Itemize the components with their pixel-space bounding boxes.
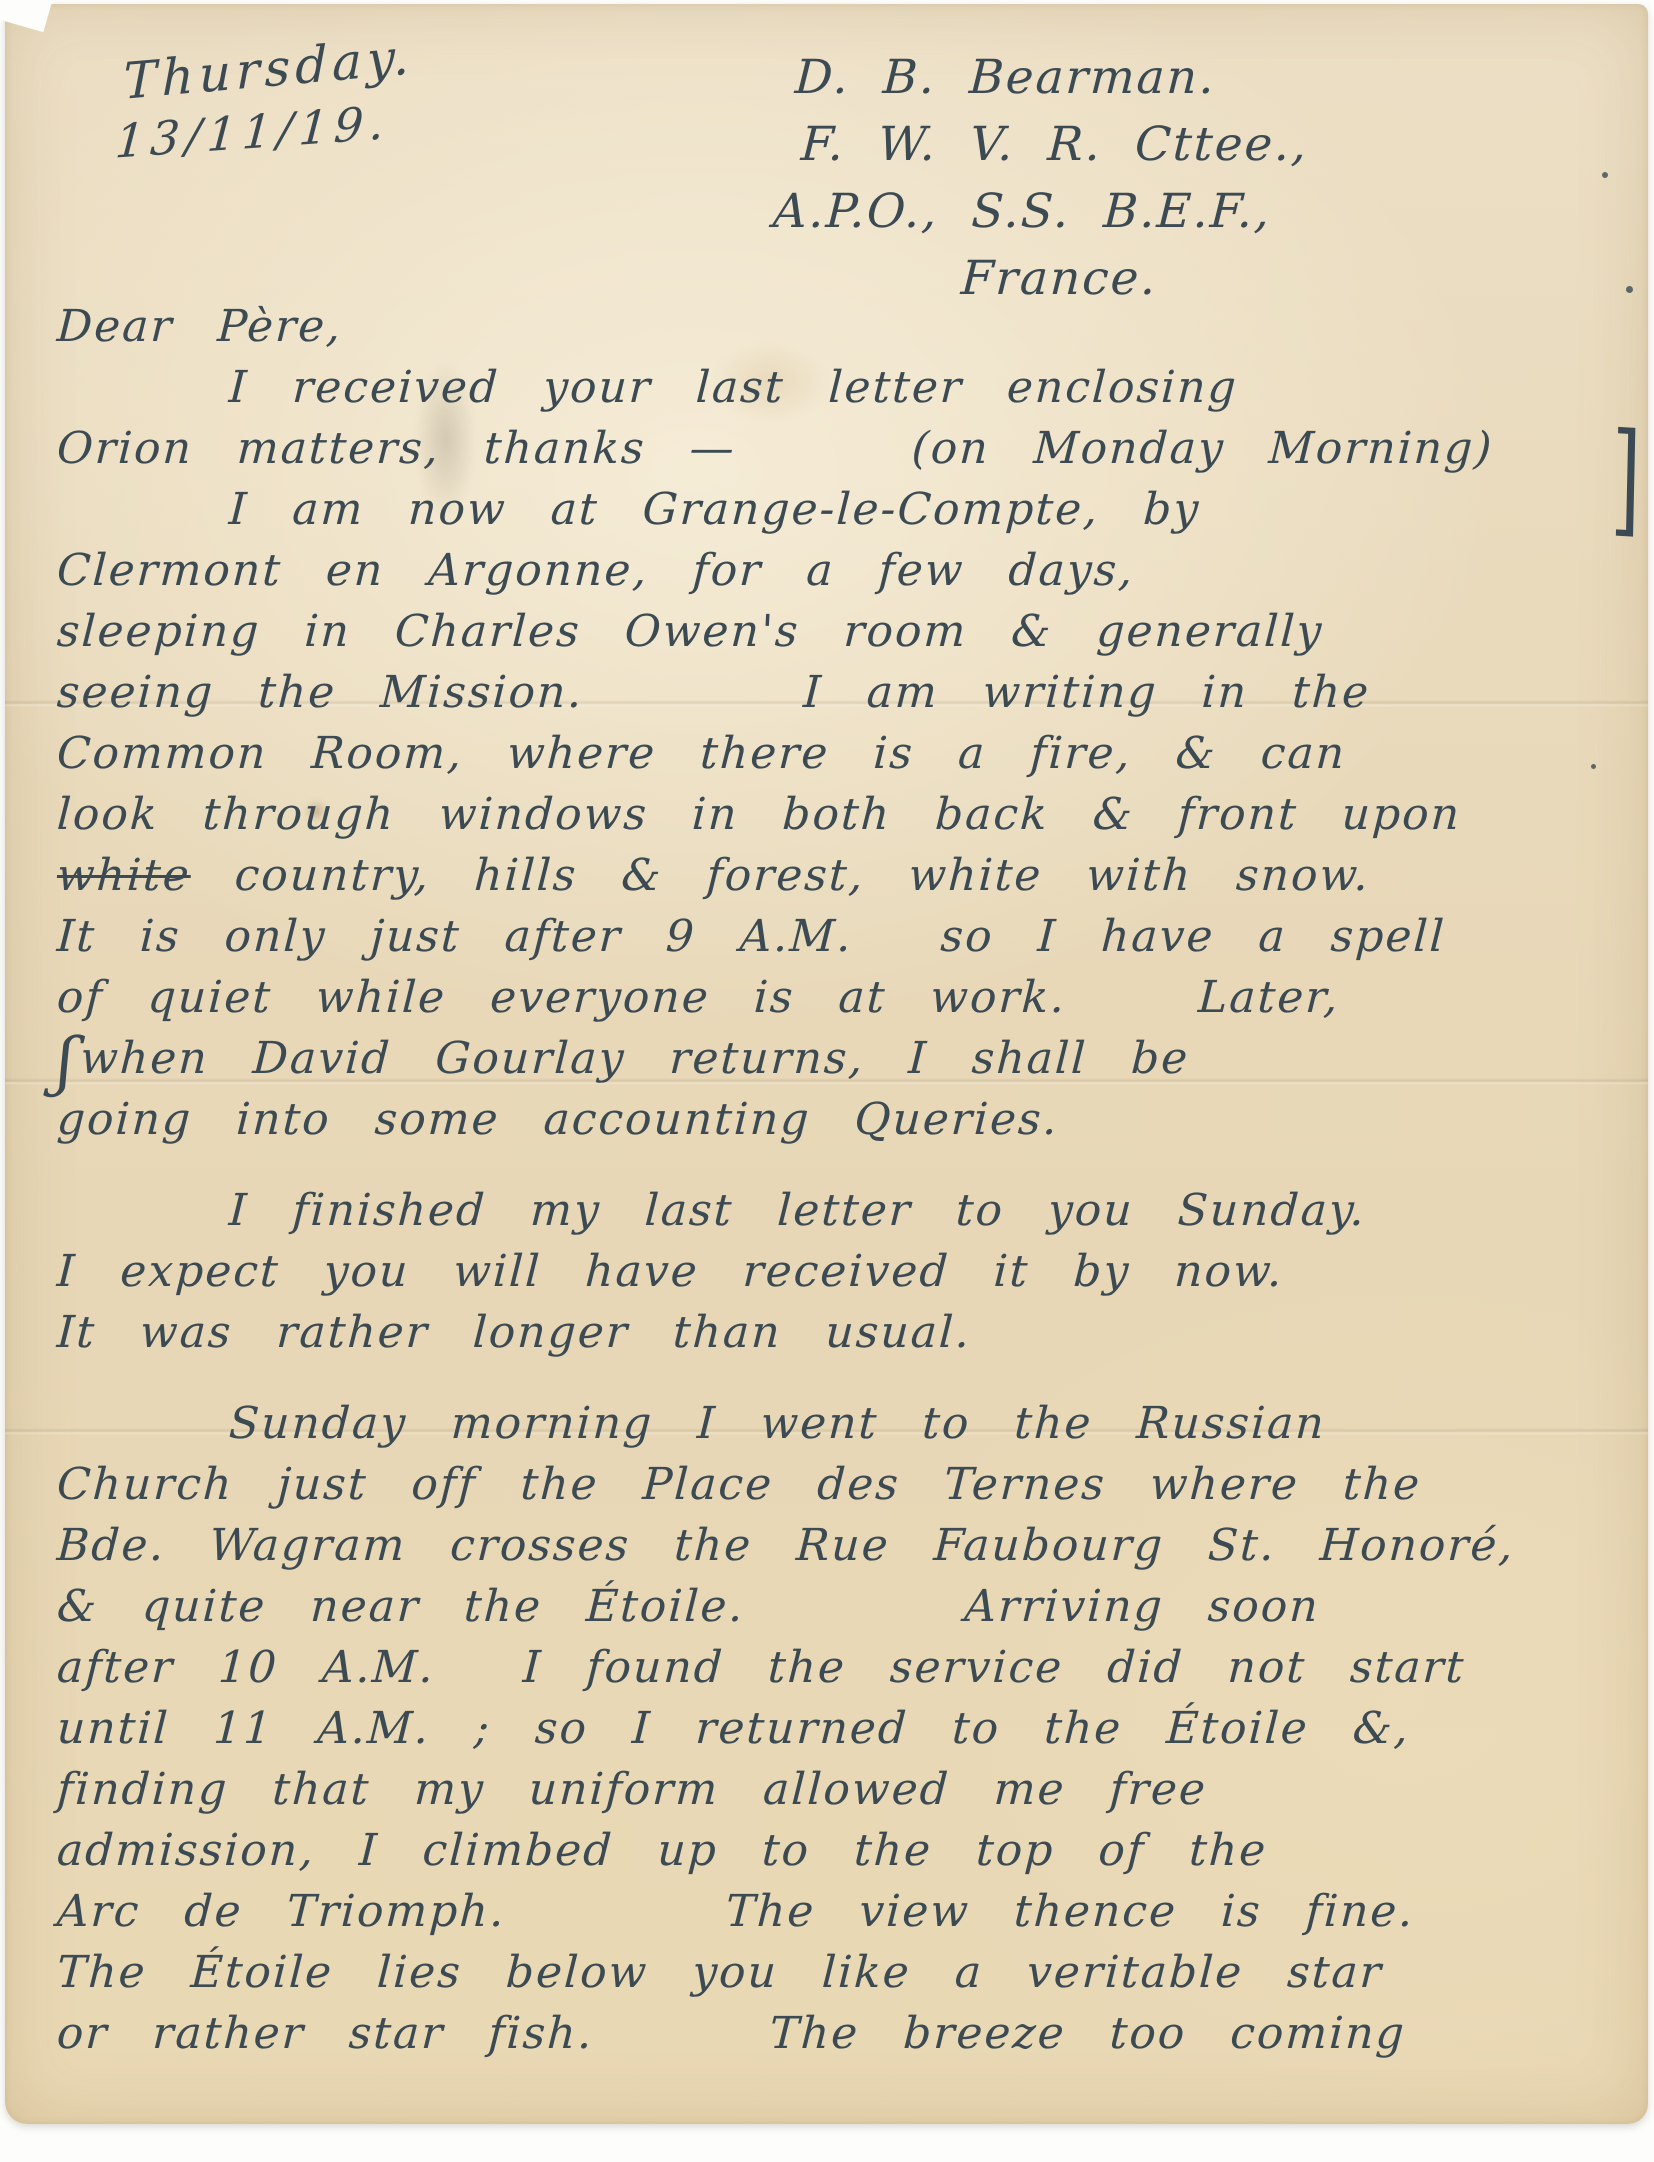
ink-speck bbox=[1626, 286, 1633, 293]
letter-line: I received your last letter enclosing bbox=[55, 357, 1623, 418]
letter-line: Common Room, where there is a fire, & ca… bbox=[55, 723, 1623, 784]
address-line: F. W. V. R. Cttee., bbox=[771, 111, 1310, 178]
letter-line: I finished my last letter to you Sunday. bbox=[55, 1180, 1623, 1241]
sender-address: D. B. Bearman.F. W. V. R. Cttee.,A.P.O.,… bbox=[773, 44, 1308, 312]
letter-line: Clermont en Argonne, for a few days, bbox=[55, 540, 1623, 601]
letter-line: Church just off the Place des Ternes whe… bbox=[55, 1454, 1623, 1515]
letter-line: finding that my uniform allowed me free bbox=[55, 1759, 1623, 1820]
letter-line: Orion matters, thanks — (on Monday Morni… bbox=[55, 418, 1623, 479]
letter-line: after 10 A.M. I found the service did no… bbox=[55, 1637, 1623, 1698]
letter-line: Arc de Triomph. The view thence is fine. bbox=[55, 1881, 1623, 1942]
letter-line: look through windows in both back & fron… bbox=[55, 784, 1623, 845]
letter-line: admission, I climbed up to the top of th… bbox=[55, 1820, 1623, 1881]
letter-line: I expect you will have received it by no… bbox=[55, 1241, 1623, 1302]
torn-corner bbox=[0, 0, 52, 32]
letter-line: It was rather longer than usual. bbox=[55, 1302, 1623, 1363]
letter-line: of quiet while everyone is at work. Late… bbox=[55, 967, 1623, 1028]
date-block: Thursday. 13/11/19. bbox=[123, 40, 415, 158]
letter-line: or rather star fish. The breeze too comi… bbox=[55, 2003, 1623, 2064]
letter-line: Sunday morning I went to the Russian bbox=[55, 1393, 1623, 1454]
struck-word: white bbox=[56, 850, 192, 901]
letter-line: Bde. Wagram crosses the Rue Faubourg St.… bbox=[55, 1515, 1623, 1576]
letter-line: I am now at Grange-le-Compte, by bbox=[55, 479, 1623, 540]
letter-body: Dear Père,I received your last letter en… bbox=[57, 296, 1622, 2064]
letter-line: white country, hills & forest, white wit… bbox=[55, 845, 1623, 906]
address-line: D. B. Bearman. bbox=[771, 44, 1310, 111]
address-line: A.P.O., S.S. B.E.F., bbox=[771, 178, 1310, 245]
letter-line: going into some accounting Queries. bbox=[55, 1089, 1623, 1150]
letter-line: The Étoile lies below you like a veritab… bbox=[55, 1942, 1623, 2003]
letter-line: sleeping in Charles Owen's room & genera… bbox=[55, 601, 1623, 662]
letter-line: It is only just after 9 A.M. so I have a… bbox=[55, 906, 1623, 967]
letter-paper: Thursday. 13/11/19. D. B. Bearman.F. W. … bbox=[5, 4, 1648, 2124]
letter-line: until 11 A.M. ; so I returned to the Éto… bbox=[55, 1698, 1623, 1759]
letter-line: seeing the Mission. I am writing in the bbox=[55, 662, 1623, 723]
letter-line: & quite near the Étoile. Arriving soon bbox=[55, 1576, 1623, 1637]
letter-line: ʃwhen David Gourlay returns, I shall be bbox=[55, 1028, 1623, 1089]
letter-line: Dear Père, bbox=[55, 296, 1623, 357]
ink-speck bbox=[1602, 172, 1608, 178]
scan-background: Thursday. 13/11/19. D. B. Bearman.F. W. … bbox=[0, 0, 1654, 2162]
